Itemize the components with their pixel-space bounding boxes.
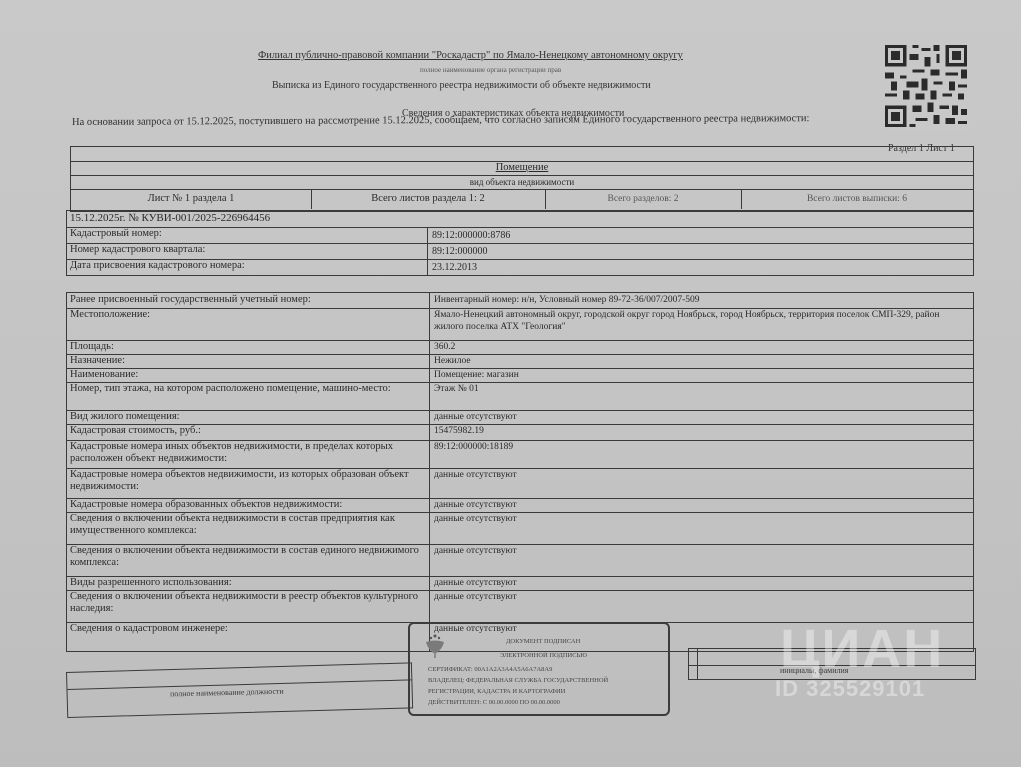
- table-row: Местоположение: Ямало-Ненецкий автономны…: [67, 308, 973, 341]
- total-sheets-section: Всего листов раздела 1: 2: [311, 192, 545, 209]
- table-row: Кадастровые номера объектов недвижимости…: [67, 468, 973, 499]
- row-label: Назначение:: [67, 354, 429, 368]
- row-label: Кадастровая стоимость, руб.:: [67, 424, 429, 440]
- cadastral-quarter: 89:12:000000: [429, 245, 973, 259]
- table-row: Номер кадастрового квартала: 89:12:00000…: [67, 243, 973, 260]
- object-header-table: Помещение вид объекта недвижимости Лист …: [70, 146, 974, 212]
- total-sections: Всего разделов: 2: [545, 192, 741, 209]
- object-type-caption-row: вид объекта недвижимости: [71, 175, 973, 190]
- details-table: Ранее присвоенный государственный учетны…: [66, 292, 974, 652]
- stamp-line-1: Документ подписан: [506, 638, 580, 645]
- stamp-owner-cont: регистрации, кадастра и картографии: [428, 688, 565, 695]
- row-label: Кадастровые номера образованных объектов…: [67, 498, 429, 512]
- e-signature-stamp: Документ подписан электронной подписью С…: [408, 622, 670, 716]
- object-type-caption: вид объекта недвижимости: [71, 175, 973, 189]
- total-sheets-extract: Всего листов выписки: 6: [741, 192, 973, 209]
- watermark-id: ID 325529101: [775, 676, 925, 702]
- watermark-logo: ЦИАН: [780, 618, 944, 680]
- table-row: Кадастровый номер: 89:12:000000:8786: [67, 227, 973, 244]
- blank-row: [71, 147, 973, 162]
- row-label: Местоположение:: [67, 308, 429, 340]
- table-row: Наименование: Помещение: магазин: [67, 368, 973, 383]
- row-label: Кадастровый номер:: [67, 227, 427, 243]
- basis-text: На основании запроса от 15.12.2025, пост…: [72, 113, 810, 128]
- row-label: Номер кадастрового квартала:: [67, 243, 427, 259]
- sheet-info-row: Лист № 1 раздела 1 Всего листов раздела …: [71, 189, 973, 209]
- source-cadastral-numbers: данные отсутствуют: [431, 468, 973, 498]
- row-label: Дата присвоения кадастрового номера:: [67, 259, 427, 275]
- basic-info-table: 15.12.2025г. № КУВИ-001/2025-226964456 К…: [66, 210, 974, 276]
- organization-caption: полное наименование органа регистрации п…: [420, 66, 561, 74]
- eagle-emblem-icon: [422, 632, 448, 658]
- permitted-use: данные отсутствуют: [431, 576, 973, 590]
- extract-reference: 15.12.2025г. № КУВИ-001/2025-226964456: [67, 211, 973, 227]
- table-row: Сведения о включении объекта недвижимост…: [67, 544, 973, 577]
- stamp-owner: Владелец: Федеральная служба государстве…: [428, 677, 608, 684]
- table-row: Номер, тип этажа, на котором расположено…: [67, 382, 973, 411]
- parent-cadastral-numbers: 89:12:000000:18189: [431, 440, 973, 468]
- purpose: Нежилое: [431, 354, 973, 368]
- table-row: Ранее присвоенный государственный учетны…: [67, 293, 973, 309]
- stamp-certificate: Сертификат: 00A1A2A3A4A5A6A7A8A9: [428, 666, 552, 673]
- table-row: Кадастровые номера иных объектов недвижи…: [67, 440, 973, 469]
- row-label: Номер, тип этажа, на котором расположено…: [67, 382, 429, 410]
- area: 360.2: [431, 340, 973, 354]
- row-label: Виды разрешенного использования:: [67, 576, 429, 590]
- qr-code-icon: [880, 42, 972, 130]
- table-row: Площадь: 360.2: [67, 340, 973, 355]
- row-label: Кадастровые номера объектов недвижимости…: [67, 468, 429, 498]
- unified-complex-inclusion: данные отсутствуют: [431, 544, 973, 576]
- sheet-number: Лист № 1 раздела 1: [71, 192, 311, 209]
- row-label: Сведения о кадастровом инженере:: [67, 622, 429, 636]
- row-label: Кадастровые номера иных объектов недвижи…: [67, 440, 429, 468]
- name: Помещение: магазин: [431, 368, 973, 382]
- table-row: Дата присвоения кадастрового номера: 23.…: [67, 259, 973, 275]
- cadastral-number: 89:12:000000:8786: [429, 229, 973, 243]
- table-row: Кадастровые номера образованных объектов…: [67, 498, 973, 513]
- object-type-row: Помещение: [71, 161, 973, 176]
- table-row: Кадастровая стоимость, руб.: 15475982.19: [67, 424, 973, 441]
- row-label: Ранее присвоенный государственный учетны…: [67, 293, 429, 308]
- derived-cadastral-numbers: данные отсутствуют: [431, 498, 973, 512]
- object-type: Помещение: [71, 161, 973, 175]
- document-page: Филиал публично-правовой компании "Роска…: [0, 0, 1021, 767]
- extract-ref-row: 15.12.2025г. № КУВИ-001/2025-226964456: [67, 211, 973, 228]
- row-label: Вид жилого помещения:: [67, 410, 429, 424]
- previous-number: Инвентарный номер: н/н, Условный номер 8…: [431, 293, 973, 308]
- table-row: Назначение: Нежилое: [67, 354, 973, 369]
- organization-name: Филиал публично-правовой компании "Роска…: [258, 50, 683, 61]
- table-row: Вид жилого помещения: данные отсутствуют: [67, 410, 973, 425]
- assignment-date: 23.12.2013: [429, 261, 973, 275]
- floor: Этаж № 01: [431, 382, 973, 410]
- table-row: Сведения о включении объекта недвижимост…: [67, 512, 973, 545]
- table-row: Виды разрешенного использования: данные …: [67, 576, 973, 591]
- location: Ямало-Ненецкий автономный округ, городск…: [431, 308, 973, 340]
- row-label: Сведения о включении объекта недвижимост…: [67, 544, 429, 576]
- row-label: Сведения о включении объекта недвижимост…: [67, 590, 429, 622]
- document-title: Выписка из Единого государственного реес…: [272, 80, 651, 91]
- stamp-line-2: электронной подписью: [500, 652, 587, 659]
- cadastral-value: 15475982.19: [431, 424, 973, 440]
- stamp-validity: Действителен: с 00.00.0000 по 00.00.0000: [428, 699, 560, 706]
- residential-type: данные отсутствуют: [431, 410, 973, 424]
- row-label: Наименование:: [67, 368, 429, 382]
- row-label: Площадь:: [67, 340, 429, 354]
- enterprise-inclusion: данные отсутствуют: [431, 512, 973, 544]
- row-label: Сведения о включении объекта недвижимост…: [67, 512, 429, 544]
